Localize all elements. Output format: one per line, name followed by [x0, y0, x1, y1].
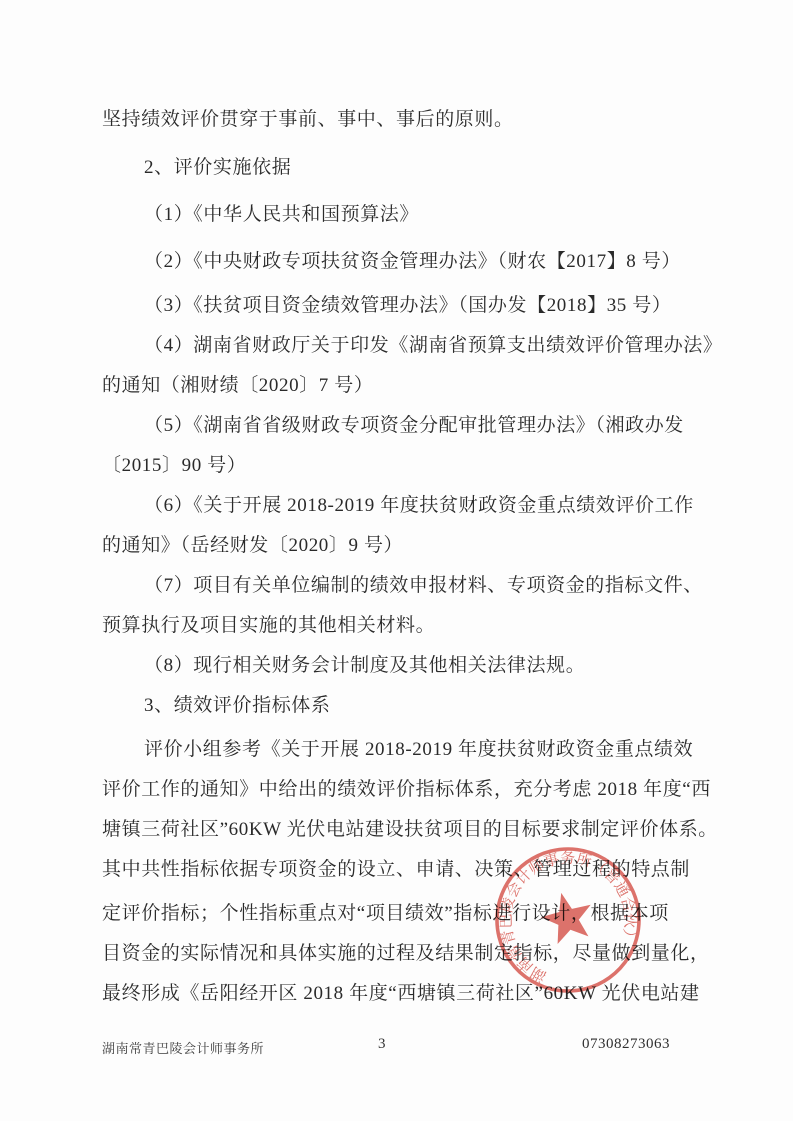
document-body: 坚持绩效评价贯穿于事前、事中、事后的原则。 2、评价实施依据 （1）《中华人民共…	[102, 100, 702, 1014]
document-line: 最终形成《岳阳经开区 2018 年度“西塘镇三荷社区”60KW 光伏电站建	[102, 974, 702, 1014]
footer-phone-number: 07308273063	[582, 1036, 670, 1053]
document-line: 3、绩效评价指标体系	[102, 686, 702, 726]
document-line: 评价小组参考《关于开展 2018-2019 年度扶贫财政资金重点绩效	[102, 730, 702, 770]
document-line: 的通知》（岳经财发〔2020〕9 号）	[102, 526, 702, 566]
document-line: （3）《扶贫项目资金绩效管理办法》（国办发【2018】35 号）	[102, 286, 702, 326]
document-line: （4）湖南省财政厅关于印发《湖南省预算支出绩效评价管理办法》	[102, 326, 702, 366]
document-line: （2）《中央财政专项扶贫资金管理办法》（财农【2017】8 号）	[102, 242, 702, 282]
document-line: 2、评价实施依据	[102, 148, 702, 188]
document-line: 定评价指标；个性指标重点对“项目绩效”指标进行设计，根据本项	[102, 894, 702, 934]
document-line: 坚持绩效评价贯穿于事前、事中、事后的原则。	[102, 100, 702, 140]
document-line: 其中共性指标依据专项资金的设立、申请、决策、管理过程的特点制	[102, 850, 702, 890]
document-line: （5）《湖南省省级财政专项资金分配审批管理办法》（湘政办发	[102, 406, 702, 446]
document-line: 〔2015〕90 号）	[102, 446, 702, 486]
document-line: 的通知（湘财绩〔2020〕7 号）	[102, 366, 702, 406]
footer-page-number: 3	[378, 1036, 386, 1053]
document-line: （6）《关于开展 2018-2019 年度扶贫财政资金重点绩效评价工作	[102, 486, 702, 526]
document-line: （8）现行相关财务会计制度及其他相关法律法规。	[102, 646, 702, 686]
document-line: 塘镇三荷社区”60KW 光伏电站建设扶贫项目的目标要求制定评价体系。	[102, 810, 702, 850]
document-line: 评价工作的通知》中给出的绩效评价指标体系，充分考虑 2018 年度“西	[102, 770, 702, 810]
scanned-document-page: 坚持绩效评价贯穿于事前、事中、事后的原则。 2、评价实施依据 （1）《中华人民共…	[0, 0, 793, 1121]
document-line: （1）《中华人民共和国预算法》	[102, 195, 702, 235]
footer-firm-name: 湖南常青巴陵会计师事务所	[102, 1038, 264, 1057]
document-line: 预算执行及项目实施的其他相关材料。	[102, 606, 702, 646]
document-line: （7）项目有关单位编制的绩效申报材料、专项资金的指标文件、	[102, 566, 702, 606]
document-line: 目资金的实际情况和具体实施的过程及结果制定指标，尽量做到量化，	[102, 934, 702, 974]
